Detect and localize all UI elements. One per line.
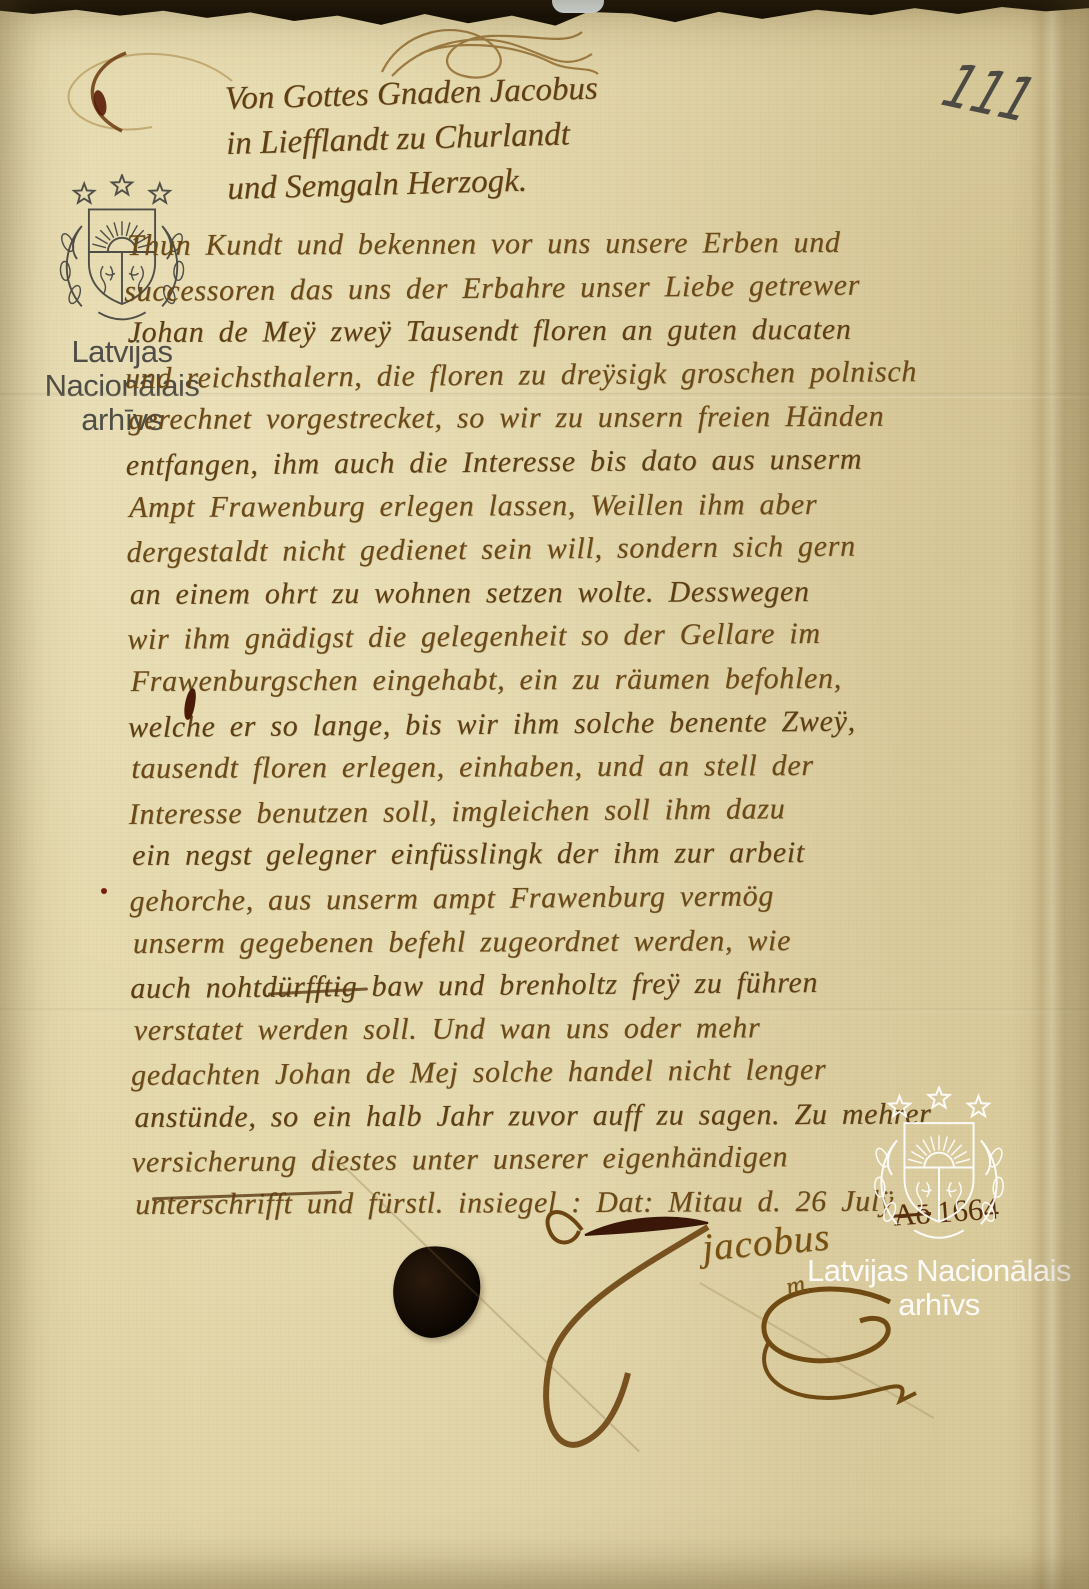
manuscript-line: ein negst gelegner einfüsslingk der ihm …	[132, 830, 1047, 878]
manuscript-line: verstatet werden soll. Und wan uns oder …	[134, 1005, 1049, 1053]
manuscript-line: an einem ohrt zu wohnen setzen wolte. De…	[130, 569, 1045, 617]
manuscript-line: unserm gegebenen befehl zugeordnet werde…	[133, 917, 1048, 965]
manuscript-line: tausendt floren erlegen, einhaben, und a…	[131, 743, 1046, 791]
manuscript-line: versicherung diestes unter unserer eigen…	[132, 1133, 1047, 1185]
manuscript-line: anstünde, so ein halb Jahr zuvor auff zu…	[134, 1092, 1049, 1140]
torn-top-edge	[0, 0, 1089, 27]
document-header: Von Gottes Gnaden Jacobus in Liefflandt …	[224, 63, 728, 212]
scratch-line	[700, 1282, 935, 1418]
signature-name: jacobus	[700, 1214, 832, 1270]
pencil-folio-number: 111	[928, 51, 1049, 134]
manuscript-line: Ampt Frawenburg erlegen lassen, Weillen …	[129, 482, 1044, 530]
manuscript-line: Johan de Meÿ zweÿ Tausendt floren an gut…	[127, 307, 1042, 355]
manuscript-line: gerechnet vorgestrecket, so wir zu unser…	[128, 394, 1043, 442]
crossed-prefix: Aō	[892, 1195, 932, 1233]
torn-edge-gap	[552, 0, 604, 13]
manuscript-line: auch nohtdürfftig baw und brenholtz freÿ…	[130, 959, 1045, 1011]
year-value: 1664	[936, 1190, 1000, 1229]
manuscript-line: Interesse benutzen soll, imgleichen soll…	[129, 785, 1044, 837]
dateline-year: Aō1664	[892, 1190, 1000, 1233]
ink-blot	[101, 888, 107, 894]
manuscript-line: und reichsthalern, die floren zu dreÿsig…	[125, 349, 1040, 401]
manuscript-line: gedachten Johan de Mej solche handel nic…	[131, 1046, 1046, 1098]
manuscript-body: Thun Kundt und bekennen vor uns unsere E…	[124, 218, 1048, 1229]
wax-seal	[387, 1240, 487, 1342]
manuscript-line: wir ihm gnädigst die gelegenheit so der …	[127, 610, 1042, 662]
manuscript-line: welche er so lange, bis wir ihm solche b…	[128, 698, 1043, 750]
watermark-text: arhīvs	[792, 1288, 1086, 1322]
watermark-text: Latvijas Nacionālais	[792, 1254, 1086, 1288]
marginal-ink-stroke	[30, 35, 245, 150]
manuscript-line: successoren das uns der Erbahre unser Li…	[124, 262, 1039, 314]
manuscript-line: Thun Kundt und bekennen vor uns unsere E…	[127, 220, 1042, 268]
manuscript-line: dergestaldt nicht gedienet sein will, so…	[126, 523, 1041, 575]
manuscript-line: entfangen, ihm auch die Interesse bis da…	[126, 436, 1041, 488]
signature-paraph: m.	[783, 1268, 814, 1303]
manuscript-line: Frawenburgschen eingehabt, ein zu räumen…	[131, 656, 1046, 704]
manuscript-line: gehorche, aus unserm ampt Frawenburg ver…	[129, 872, 1044, 924]
manuscript-page: Von Gottes Gnaden Jacobus in Liefflandt …	[0, 0, 1089, 1589]
